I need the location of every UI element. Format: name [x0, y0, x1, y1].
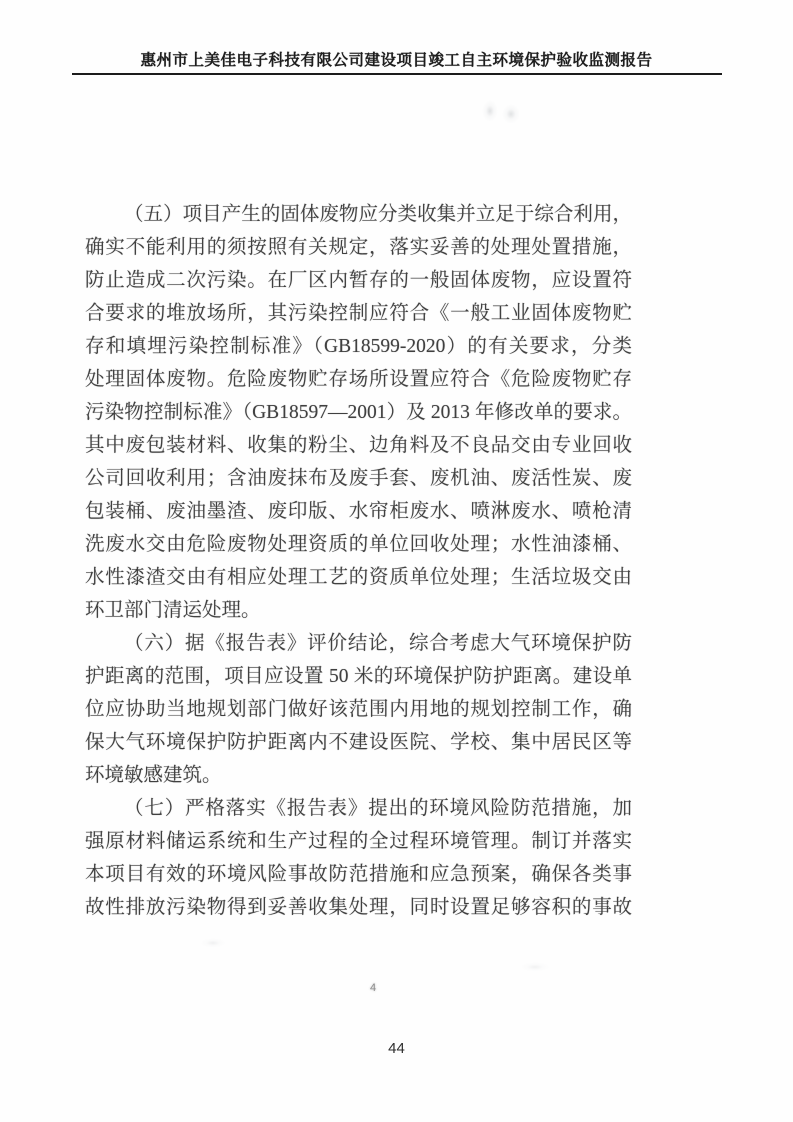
body-line: （五）项目产生的固体废物应分类收集并立足于综合利用，: [85, 198, 632, 231]
body-line: 本项目有效的环境风险事故防范措施和应急预案，确保各类事: [85, 858, 632, 891]
body-line: 洗废水交由危险废物处理资质的单位回收处理；水性油漆桶、: [85, 528, 632, 561]
body-line: 污染物控制标准》（GB18597—2001）及 2013 年修改单的要求。: [85, 396, 632, 429]
body-line: 环境敏感建筑。: [85, 759, 632, 792]
body-line: 护距离的范围，项目应设置 50 米的环境保护防护距离。建设单: [85, 660, 632, 693]
body-line: 防止造成二次污染。在厂区内暂存的一般固体废物，应设置符: [85, 264, 632, 297]
scan-smudge: [502, 104, 520, 124]
body-line: 位应协助当地规划部门做好该范围内用地的规划控制工作，确: [85, 693, 632, 726]
body-line: 其中废包装材料、收集的粉尘、边角料及不良品交由专业回收: [85, 429, 632, 462]
body-line: （七）严格落实《报告表》提出的环境风险防范措施，加: [85, 792, 632, 825]
page-header-title: 惠州市上美佳电子科技有限公司建设项目竣工自主环境保护验收监测报告: [0, 48, 793, 70]
body-text-block: （五）项目产生的固体废物应分类收集并立足于综合利用， 确实不能利用的须按照有关规…: [85, 198, 632, 924]
body-line: 公司回收利用；含油废抹布及废手套、废机油、废活性炭、废: [85, 462, 632, 495]
body-line: （六）据《报告表》评价结论，综合考虑大气环境保护防: [85, 627, 632, 660]
body-line: 合要求的堆放场所，其污染控制应符合《一般工业固体废物贮: [85, 297, 632, 330]
header-rule: [72, 73, 722, 75]
document-page: 惠州市上美佳电子科技有限公司建设项目竣工自主环境保护验收监测报告 （五）项目产生…: [0, 0, 793, 1122]
body-line: 处理固体废物。危险废物贮存场所设置应符合《危险废物贮存: [85, 363, 632, 396]
body-line: 保大气环境保护防护距离内不建设医院、学校、集中居民区等: [85, 726, 632, 759]
body-line: 存和填埋污染控制标准》（GB18599-2020）的有关要求，分类: [85, 330, 632, 363]
body-line: 水性漆渣交由有相应处理工艺的资质单位处理；生活垃圾交由: [85, 561, 632, 594]
body-line: 确实不能利用的须按照有关规定，落实妥善的处理处置措施，: [85, 231, 632, 264]
page-number: 44: [0, 1040, 793, 1057]
scan-smudge: [482, 100, 498, 122]
body-line: 强原材料储运系统和生产过程的全过程环境管理。制订并落实: [85, 825, 632, 858]
scan-smudge: [200, 938, 226, 948]
body-line: 包装桶、废油墨渣、废印版、水帘柜废水、喷淋废水、喷枪清: [85, 495, 632, 528]
faint-inner-page-number: 4: [363, 982, 383, 994]
scan-smudge: [520, 962, 550, 972]
body-line: 环卫部门清运处理。: [85, 594, 632, 627]
body-line: 故性排放污染物得到妥善收集处理，同时设置足够容积的事故: [85, 891, 632, 924]
